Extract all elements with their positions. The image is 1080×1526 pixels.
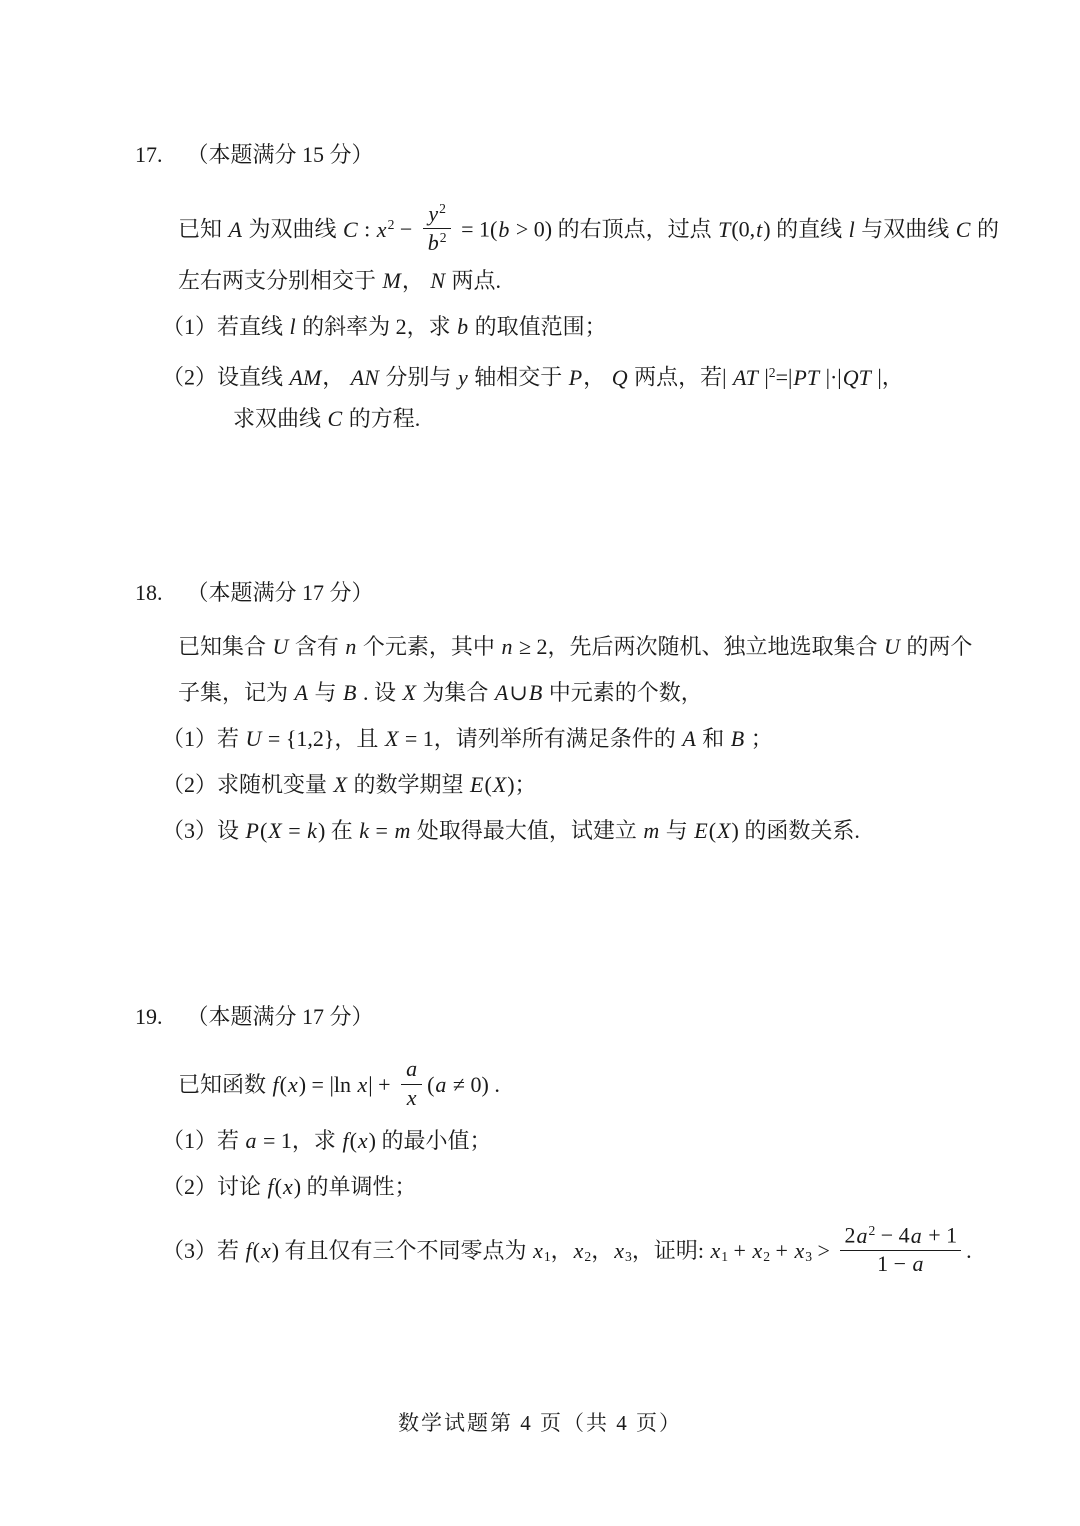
text-run: 2 — [844, 1223, 855, 1248]
problem-18-heading: 18.（本题满分 17 分） — [135, 578, 972, 616]
text-run: 的数学期望 — [348, 772, 469, 797]
math-var: a — [911, 1251, 924, 1276]
superscript: 2 — [439, 201, 446, 216]
abs-bar: | + — [368, 1072, 396, 1097]
problem-17-intro-line-1: 已知 A 为双曲线 C : x2 − y2b2 = 1(b > 0) 的右顶点，… — [178, 192, 999, 258]
math-var: N — [429, 268, 446, 293]
math-var: X — [333, 772, 348, 797]
math-var: m — [393, 818, 411, 843]
problem-19: 19.（本题满分 17 分） 已知函数 f(x) = |ln x| + ax(a… — [135, 1002, 972, 1284]
superscript: 2 — [868, 1223, 875, 1238]
math-var: a — [405, 1056, 418, 1081]
problem-17-part-1: （1）若直线 l 的斜率为 2，求 b 的取值范围； — [162, 304, 999, 350]
subscript: 1 — [544, 1249, 551, 1264]
text-run: 为集合 — [417, 680, 494, 705]
math-var: B — [730, 726, 745, 751]
math-var: x — [709, 1238, 721, 1263]
math-var: x — [376, 217, 388, 242]
text-run: 的斜率为 2，求 — [297, 314, 457, 339]
text-run: 与 — [309, 680, 342, 705]
text-run: = 1，请列举所有满足条件的 — [399, 726, 681, 751]
math-var: y — [427, 201, 439, 226]
problem-19-part-3: （3）若 f(x) 有且仅有三个不同零点为 x1，x2，x3，证明: x1 + … — [162, 1218, 972, 1284]
text-run: ) 有且仅有三个不同零点为 — [272, 1238, 532, 1263]
subscript: 1 — [721, 1249, 728, 1264]
text-run: ， — [402, 268, 430, 293]
text-run: 子集，记为 — [178, 680, 294, 705]
text-run: > — [812, 1238, 835, 1263]
text-run: （2）设直线 — [162, 365, 289, 390]
union-symbol: ∪ — [509, 680, 527, 705]
text-run: ) 的最小值； — [369, 1128, 492, 1153]
problem-19-part-2: （2）讨论 f(x) 的单调性； — [162, 1164, 972, 1210]
text-run: ) — [763, 217, 770, 242]
text-run: （2）求随机变量 — [162, 772, 333, 797]
fraction-y2-over-b2: y2b2 — [423, 201, 451, 255]
subscript: 3 — [805, 1249, 812, 1264]
math-var: U — [883, 634, 901, 659]
text-run: （1）若 — [162, 1128, 245, 1153]
text-run: ， — [551, 1238, 573, 1263]
fraction-numerator: 2a2 − 4a + 1 — [840, 1223, 961, 1250]
text-run: 已知 — [178, 217, 228, 242]
text-run: 已知集合 — [178, 634, 272, 659]
text-run: . — [966, 1238, 972, 1263]
math-var: X — [384, 726, 399, 751]
math-var: C — [327, 406, 344, 431]
text-run: 的方程. — [343, 406, 420, 431]
text-run: + — [728, 1238, 751, 1263]
subscript: 2 — [763, 1249, 770, 1264]
fraction-denominator: x — [401, 1084, 422, 1111]
math-var: A — [681, 726, 696, 751]
math-var: x — [287, 1072, 299, 1097]
text-run: ， — [591, 1238, 613, 1263]
math-var: x — [282, 1174, 294, 1199]
text-run: = — [283, 818, 306, 843]
math-var: T — [717, 217, 731, 242]
math-var: B — [342, 680, 357, 705]
math-var: U — [245, 726, 263, 751]
text-run: = — [370, 818, 393, 843]
exam-page: 17.（本题满分 15 分） 已知 A 为双曲线 C : x2 − y2b2 =… — [0, 0, 1080, 1526]
math-var: AT — [732, 365, 759, 390]
text-run: = {1,2}，且 — [262, 726, 384, 751]
text-run: ≥ 2，先后两次随机、独立地选取集合 — [513, 634, 883, 659]
fraction-denominator: 1 − a — [840, 1250, 961, 1277]
math-var: b — [497, 217, 510, 242]
math-var: a — [910, 1223, 923, 1248]
problem-17-intro-line-2: 左右两支分别相交于 M， N 两点. — [178, 258, 999, 304]
math-var: x — [751, 1238, 763, 1263]
text-run: （3）若 — [162, 1238, 245, 1263]
text-run: ) = — [299, 1072, 330, 1097]
math-var: k — [358, 818, 370, 843]
math-var: PT — [792, 365, 820, 390]
text-run: （1）若 — [162, 726, 245, 751]
text-run: = 1( — [456, 217, 498, 242]
math-var: C — [342, 217, 359, 242]
text-run: 已知函数 — [178, 1072, 272, 1097]
math-var: Q — [611, 365, 629, 390]
text-run: ( — [275, 1174, 282, 1199]
math-var: b — [427, 230, 440, 255]
text-run: = 1，求 — [258, 1128, 342, 1153]
text-run: ( — [280, 1072, 287, 1097]
problem-19-score-note: （本题满分 17 分） — [187, 1004, 374, 1029]
text-run: ) 在 — [318, 818, 358, 843]
problem-19-number: 19. — [135, 1002, 163, 1032]
text-run: 的直线 — [771, 217, 848, 242]
text-run: 与双曲线 — [856, 217, 955, 242]
math-var: k — [306, 818, 318, 843]
math-var: b — [456, 314, 469, 339]
text-run: 处取得最大值，试建立 — [411, 818, 642, 843]
math-var: A — [494, 680, 509, 705]
page-footer: 数学试题第 4 页（共 4 页） — [0, 1408, 1080, 1438]
text-run: ， — [583, 365, 611, 390]
abs-bar: | — [759, 365, 769, 390]
problem-18: 18.（本题满分 17 分） 已知集合 U 含有 n 个元素，其中 n ≥ 2，… — [135, 578, 972, 854]
text-run: . — [489, 1072, 500, 1097]
math-var: x — [260, 1238, 272, 1263]
fraction-numerator: a — [401, 1057, 422, 1084]
text-run: ( — [709, 818, 716, 843]
fraction-a-over-x: ax — [401, 1057, 422, 1110]
problem-19-heading: 19.（本题满分 17 分） — [135, 1002, 972, 1040]
text-run: − — [394, 217, 417, 242]
math-var: a — [855, 1223, 868, 1248]
problem-18-part-1: （1）若 U = {1,2}，且 X = 1，请列举所有满足条件的 A 和 B … — [162, 716, 972, 762]
text-run: 的两个 — [901, 634, 973, 659]
problem-17-part-2: （2）设直线 AM， AN 分别与 y 轴相交于 P， Q 两点，若| AT |… — [162, 350, 999, 396]
math-var: B — [528, 680, 543, 705]
text-run: 分别与 — [380, 365, 457, 390]
text-run: |·| — [820, 365, 842, 390]
text-run: =| — [776, 365, 793, 390]
math-var: U — [272, 634, 290, 659]
math-var: x — [357, 1072, 369, 1097]
math-var: x — [793, 1238, 805, 1263]
abs-bar: | — [722, 365, 732, 390]
subscript: 3 — [625, 1249, 632, 1264]
text-run: ( — [484, 772, 491, 797]
math-var: C — [955, 217, 972, 242]
problem-17-number: 17. — [135, 140, 163, 170]
text-run: 左右两支分别相交于 — [178, 268, 382, 293]
math-var: E — [693, 818, 708, 843]
text-run: : — [359, 217, 376, 242]
text-run: ( — [253, 1238, 260, 1263]
text-run: |， — [872, 365, 904, 390]
math-var: P — [245, 818, 260, 843]
math-var: x — [532, 1238, 544, 1263]
math-var: l — [848, 217, 856, 242]
problem-17-part-2-continued: 求双曲线 C 的方程. — [233, 396, 999, 442]
math-var: A — [294, 680, 309, 705]
fraction-2a2-4a-1-over-1-a: 2a2 − 4a + 11 − a — [840, 1223, 961, 1277]
text-run: > 0) — [510, 217, 557, 242]
problem-18-intro-line-2: 子集，记为 A 与 B . 设 X 为集合 A∪B 中元素的个数， — [178, 670, 972, 716]
math-var: f — [267, 1174, 275, 1199]
text-run: 的取值范围； — [469, 314, 607, 339]
text-run: 为双曲线 — [243, 217, 342, 242]
text-run: ) 的函数关系. — [732, 818, 860, 843]
math-var: AM — [289, 365, 323, 390]
math-var: x — [613, 1238, 625, 1263]
math-var: X — [716, 818, 731, 843]
math-var: AN — [350, 365, 380, 390]
abs-bar: |ln — [329, 1072, 356, 1097]
math-var: a — [245, 1128, 258, 1153]
math-var: x — [357, 1128, 369, 1153]
problem-18-score-note: （本题满分 17 分） — [187, 580, 374, 605]
text-run: (0, — [731, 217, 755, 242]
math-var: m — [642, 818, 660, 843]
fraction-numerator: y2 — [423, 201, 451, 228]
text-run: （3）设 — [162, 818, 245, 843]
problem-19-part-1: （1）若 a = 1，求 f(x) 的最小值； — [162, 1118, 972, 1164]
problem-18-number: 18. — [135, 578, 163, 608]
text-run: ( — [350, 1128, 357, 1153]
math-var: f — [272, 1072, 280, 1097]
text-run: 和 — [697, 726, 730, 751]
math-var: QT — [842, 365, 872, 390]
math-var: X — [492, 772, 507, 797]
problem-18-part-3: （3）设 P(X = k) 在 k = m 处取得最大值，试建立 m 与 E(X… — [162, 808, 972, 854]
math-var: y — [457, 365, 469, 390]
text-run: + 1 — [923, 1223, 957, 1248]
problem-17: 17.（本题满分 15 分） 已知 A 为双曲线 C : x2 − y2b2 =… — [135, 140, 999, 442]
math-var: n — [500, 634, 513, 659]
text-run: 中元素的个数， — [543, 680, 703, 705]
problem-18-part-2: （2）求随机变量 X 的数学期望 E(X)； — [162, 762, 972, 808]
text-run: ) 的单调性； — [294, 1174, 417, 1199]
text-run: 两点. — [446, 268, 501, 293]
text-run: 的 — [971, 217, 999, 242]
text-run: 含有 — [289, 634, 344, 659]
text-run: ，证明: — [632, 1238, 710, 1263]
problem-17-score-note: （本题满分 15 分） — [187, 142, 374, 167]
text-run: ， — [322, 365, 350, 390]
problem-18-intro-line-1: 已知集合 U 含有 n 个元素，其中 n ≥ 2，先后两次随机、独立地选取集合 … — [178, 624, 972, 670]
text-run: 与 — [660, 818, 693, 843]
math-var: P — [568, 365, 583, 390]
math-var: n — [344, 634, 357, 659]
text-run: − 4 — [875, 1223, 909, 1248]
text-run: （2）讨论 — [162, 1174, 267, 1199]
math-var: x — [573, 1238, 585, 1263]
text-run: ≠ 0) — [447, 1072, 488, 1097]
text-run: 轴相交于 — [469, 365, 568, 390]
fraction-denominator: b2 — [423, 228, 451, 255]
text-run: ； — [745, 726, 773, 751]
text-run: + — [770, 1238, 793, 1263]
math-var: X — [401, 680, 416, 705]
text-run: 求双曲线 — [233, 406, 327, 431]
math-var: A — [228, 217, 243, 242]
text-run: 两点，若 — [629, 365, 723, 390]
math-var: X — [267, 818, 282, 843]
text-run: （1）若直线 — [162, 314, 289, 339]
problem-17-heading: 17.（本题满分 15 分） — [135, 140, 999, 178]
math-var: E — [469, 772, 484, 797]
math-var: x — [406, 1085, 418, 1110]
text-run: )； — [507, 772, 536, 797]
superscript: 2 — [440, 230, 447, 245]
math-var: l — [289, 314, 297, 339]
math-var: a — [434, 1072, 447, 1097]
text-run: 的右顶点，过点 — [558, 217, 718, 242]
text-run: . 设 — [357, 680, 401, 705]
problem-19-intro-line: 已知函数 f(x) = |ln x| + ax(a ≠ 0) . — [178, 1052, 972, 1118]
text-run: 1 − — [877, 1251, 911, 1276]
math-var: M — [382, 268, 402, 293]
superscript: 2 — [769, 365, 776, 380]
text-run: 个元素，其中 — [357, 634, 500, 659]
math-var: f — [341, 1128, 349, 1153]
math-var: f — [245, 1238, 253, 1263]
